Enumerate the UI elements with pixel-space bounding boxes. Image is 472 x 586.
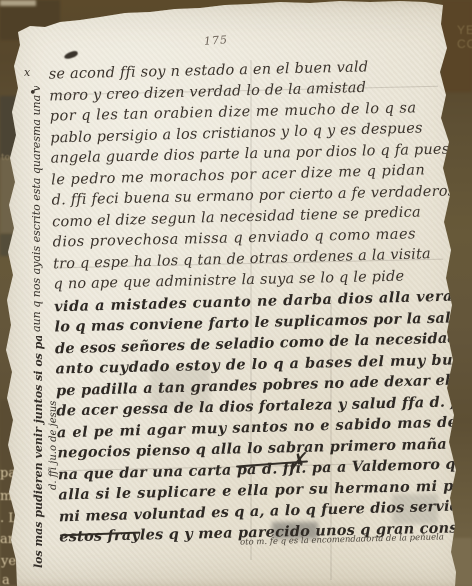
handwritten-text-block: se acond ffi soy n estado a en el buen v… (49, 56, 460, 548)
manuscript-scan-view: to pa mo . La ará ye a YEL CO 175 x • se… (0, 0, 472, 586)
background-text-fragment: to (1, 152, 10, 165)
ink-cross-out: ✗ (287, 449, 308, 476)
marginalia-lower: los mas pudieren venir juntos si os pare… (32, 336, 45, 568)
manuscript-page: 175 x • se acond ffi soy n estado a en e… (0, 0, 472, 586)
background-text-fragment: a (2, 574, 10, 586)
ink-blot (63, 50, 78, 60)
background-text-fragment: YEL (457, 24, 472, 37)
background-text-fragment: CO (457, 38, 472, 51)
background-sliver (0, 0, 36, 6)
background-text-fragment: ye (1, 555, 16, 568)
folio-number: 175 (204, 33, 229, 48)
marginalia-upper: aun q nos ayais escrito esta quaresma un… (30, 86, 43, 332)
margin-cross-mark: x (24, 66, 30, 79)
marginalia-inner: d. ffi ju.o de jesus (48, 360, 59, 490)
